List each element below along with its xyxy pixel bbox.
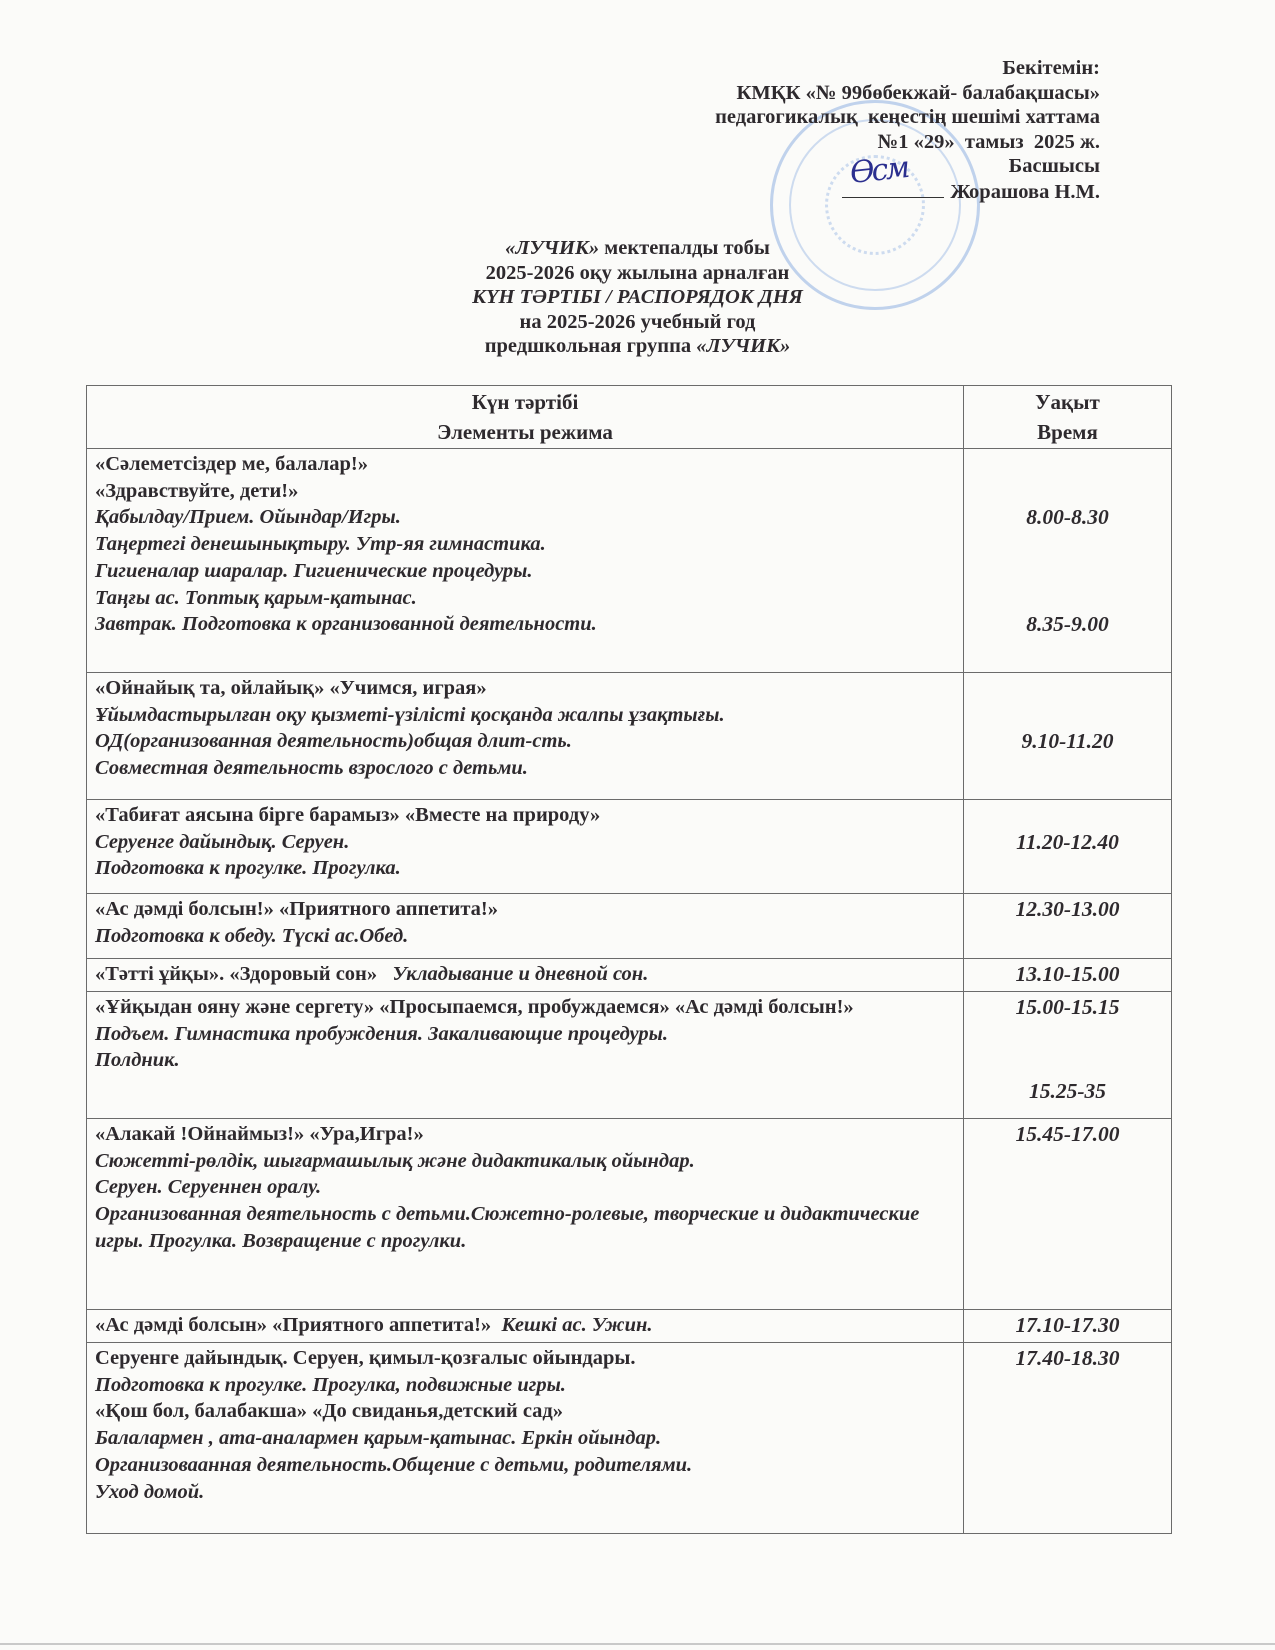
schedule-element-cell: «Табиғат аясына бірге барамыз» «Вместе н… — [87, 800, 964, 894]
schedule-element-line: Уход домой. — [95, 1479, 963, 1506]
protocol-number: №1 «29» тамыз 2025 ж. — [715, 130, 1100, 155]
schedule-table: Күн тәртібі Элементы режима Уақыт Время … — [86, 385, 1172, 1534]
schedule-element-line: Серуенге дайындық. Серуен. — [95, 829, 963, 856]
schedule-element-line-group: «Тәтті ұйқы». «Здоровый сон» Укладывание… — [95, 961, 963, 988]
council-decision: педагогикалық кеңестің шешімі хаттама — [715, 105, 1100, 130]
table-row: «Сәлеметсіздер ме, балалар!»«Здравствуйт… — [87, 449, 1172, 673]
schedule-element-cell: «Ұйқыдан ояну және сергету» «Просыпаемся… — [87, 992, 964, 1119]
signatory-line: ӨсмЖорашова Н.М. — [715, 179, 1100, 205]
group-name-kz: «ЛУЧИК» — [505, 237, 599, 259]
header-time-ru: Время — [964, 417, 1171, 447]
title-line-year-kz: 2025-2026 оқу жылына арналған — [0, 261, 1275, 286]
schedule-element-line: Таңертегі денешынықтыру. Утр-яя гимнасти… — [95, 531, 963, 558]
table-header-row: Күн тәртібі Элементы режима Уақыт Время — [87, 386, 1172, 449]
title-line-group-ru: предшкольная группа «ЛУЧИК» — [0, 334, 1275, 359]
header-elements-ru: Элементы режима — [87, 417, 963, 447]
table-row: «Тәтті ұйқы». «Здоровый сон» Укладывание… — [87, 959, 1172, 992]
schedule-element-line: ОД(организованная деятельность)общая дли… — [95, 728, 963, 755]
schedule-element-cell: «Ас дәмді болсын» «Приятного аппетита!» … — [87, 1310, 964, 1343]
table-row: «Ас дәмді болсын» «Приятного аппетита!» … — [87, 1310, 1172, 1343]
document-title: «ЛУЧИК» мектепалды тобы 2025-2026 оқу жы… — [0, 236, 1275, 359]
time-range: 15.00-15.15 — [964, 994, 1171, 1021]
schedule-time-cell: 13.10-15.00 — [964, 959, 1172, 992]
organization-name: КМҚК «№ 99бөбекжай- балабақшасы» — [715, 81, 1100, 106]
schedule-element-line: Серуенге дайындық. Серуен, қимыл-қозғалы… — [95, 1345, 963, 1372]
title-heading: КҮН ТӘРТІБІ / РАСПОРЯДОК ДНЯ — [0, 285, 1275, 310]
time-range: 8.35-9.00 — [964, 611, 1171, 638]
time-range: 17.40-18.30 — [964, 1345, 1171, 1372]
schedule-element-line: «Алакай !Ойнаймыз!» «Ура,Игра!» — [95, 1121, 963, 1148]
schedule-time-cell: 9.10-11.20 — [964, 673, 1172, 800]
time-range: 12.30-13.00 — [964, 896, 1171, 923]
time-range: 9.10-11.20 — [964, 728, 1171, 755]
group-suffix-kz: мектепалды тобы — [599, 237, 770, 259]
schedule-element-line: Подготовка к прогулке. Прогулка. — [95, 855, 963, 882]
schedule-element-line-group: «Ас дәмді болсын» «Приятного аппетита!» … — [95, 1312, 963, 1339]
table-row: «Табиғат аясына бірге барамыз» «Вместе н… — [87, 800, 1172, 894]
schedule-element-line: Подготовка к прогулке. Прогулка, подвижн… — [95, 1372, 963, 1399]
title-line-year-ru: на 2025-2026 учебный год — [0, 310, 1275, 335]
header-time-kz: Уақыт — [964, 387, 1171, 417]
table-row: Серуенге дайындық. Серуен, қимыл-қозғалы… — [87, 1343, 1172, 1534]
header-elements: Күн тәртібі Элементы режима — [87, 386, 964, 449]
title-line-group-kz: «ЛУЧИК» мектепалды тобы — [0, 236, 1275, 261]
time-range: 13.10-15.00 — [964, 961, 1171, 988]
schedule-element-cell: «Ас дәмді болсын!» «Приятного аппетита!»… — [87, 894, 964, 959]
schedule-element-cell: «Тәтті ұйқы». «Здоровый сон» Укладывание… — [87, 959, 964, 992]
table-row: «Ұйқыдан ояну және сергету» «Просыпаемся… — [87, 992, 1172, 1119]
schedule-element-line: Серуен. Серуеннен оралу. — [95, 1174, 963, 1201]
schedule-time-cell: 15.00-15.1515.25-35 — [964, 992, 1172, 1119]
table-row: «Ойнайық та, ойлайық» «Учимся, играя»Ұйы… — [87, 673, 1172, 800]
schedule-element-line: Организованная деятельность с детьми.Сюж… — [95, 1201, 963, 1254]
schedule-time-cell: 11.20-12.40 — [964, 800, 1172, 894]
time-range: 8.00-8.30 — [964, 504, 1171, 531]
schedule-element-line: «Ұйқыдан ояну және сергету» «Просыпаемся… — [95, 994, 963, 1021]
schedule-element-line: Таңғы ас. Топтық қарым-қатынас. — [95, 585, 963, 612]
schedule-element-line: «Табиғат аясына бірге барамыз» «Вместе н… — [95, 802, 963, 829]
schedule-time-cell: 17.10-17.30 — [964, 1310, 1172, 1343]
schedule-element-line: «Здравствуйте, дети!» — [95, 478, 963, 505]
table-row: «Алакай !Ойнаймыз!» «Ура,Игра!»Сюжетті-р… — [87, 1119, 1172, 1310]
schedule-element-line: Укладывание и дневной сон. — [377, 963, 648, 985]
schedule-element-line: Кешкі ас. Ужин. — [491, 1314, 652, 1336]
schedule-element-line: Завтрак. Подготовка к организованной дея… — [95, 611, 963, 638]
table-row: «Ас дәмді болсын!» «Приятного аппетита!»… — [87, 894, 1172, 959]
schedule-element-line: Сюжетті-рөлдік, шығармашылық және дидакт… — [95, 1148, 963, 1175]
schedule-time-cell: 12.30-13.00 — [964, 894, 1172, 959]
schedule-element-line: «Ойнайық та, ойлайық» «Учимся, играя» — [95, 675, 963, 702]
schedule-element-cell: «Алакай !Ойнаймыз!» «Ура,Игра!»Сюжетті-р… — [87, 1119, 964, 1310]
schedule-element-cell: Серуенге дайындық. Серуен, қимыл-қозғалы… — [87, 1343, 964, 1534]
schedule-element-line: Подготовка к обеду. Түскі ас.Обед. — [95, 923, 963, 950]
time-range: 15.25-35 — [964, 1078, 1171, 1105]
schedule-time-cell: 15.45-17.00 — [964, 1119, 1172, 1310]
time-range: 15.45-17.00 — [964, 1121, 1171, 1148]
schedule-element-line: Гигиеналар шаралар. Гигиенические процед… — [95, 558, 963, 585]
header-time: Уақыт Время — [964, 386, 1172, 449]
approval-block: Бекітемін: КМҚК «№ 99бөбекжай- балабақша… — [715, 56, 1100, 204]
schedule-time-cell: 17.40-18.30 — [964, 1343, 1172, 1534]
header-elements-kz: Күн тәртібі — [87, 387, 963, 417]
schedule-element-cell: «Сәлеметсіздер ме, балалар!»«Здравствуйт… — [87, 449, 964, 673]
schedule-element-cell: «Ойнайық та, ойлайық» «Учимся, играя»Ұйы… — [87, 673, 964, 800]
schedule-time-cell: 8.00-8.308.35-9.00 — [964, 449, 1172, 673]
schedule-element-line: Подъем. Гимнастика пробуждения. Закалива… — [95, 1021, 963, 1048]
group-name-ru: «ЛУЧИК» — [696, 335, 790, 357]
schedule-element-line: Совместная деятельность взрослого с деть… — [95, 755, 963, 782]
schedule-element-line: «Ас дәмді болсын!» «Приятного аппетита!» — [95, 896, 963, 923]
approval-label: Бекітемін: — [715, 56, 1100, 81]
schedule-element-line: «Қош бол, балабакша» «До свиданья,детски… — [95, 1398, 963, 1425]
signature-line: Өсм — [842, 179, 944, 198]
schedule-element-line: Қабылдау/Прием. Ойындар/Игры. — [95, 504, 963, 531]
schedule-element-line: «Ас дәмді болсын» «Приятного аппетита!» — [95, 1314, 491, 1336]
time-range: 11.20-12.40 — [964, 829, 1171, 856]
schedule-element-line: Полдник. — [95, 1047, 963, 1074]
schedule-element-line: «Сәлеметсіздер ме, балалар!» — [95, 451, 963, 478]
time-range: 17.10-17.30 — [964, 1312, 1171, 1339]
group-prefix-ru: предшкольная группа — [485, 335, 697, 357]
schedule-element-line: Ұйымдастырылған оқу қызметі-үзілісті қос… — [95, 702, 963, 729]
schedule-element-line: Организоваанная деятельность.Общение с д… — [95, 1452, 963, 1479]
signatory-name: Жорашова Н.М. — [950, 181, 1100, 203]
signature: Өсм — [849, 156, 909, 186]
schedule-element-line: «Тәтті ұйқы». «Здоровый сон» — [95, 963, 377, 985]
schedule-element-line: Балалармен , ата-аналармен қарым-қатынас… — [95, 1425, 963, 1452]
scan-edge-line — [0, 1643, 1275, 1645]
